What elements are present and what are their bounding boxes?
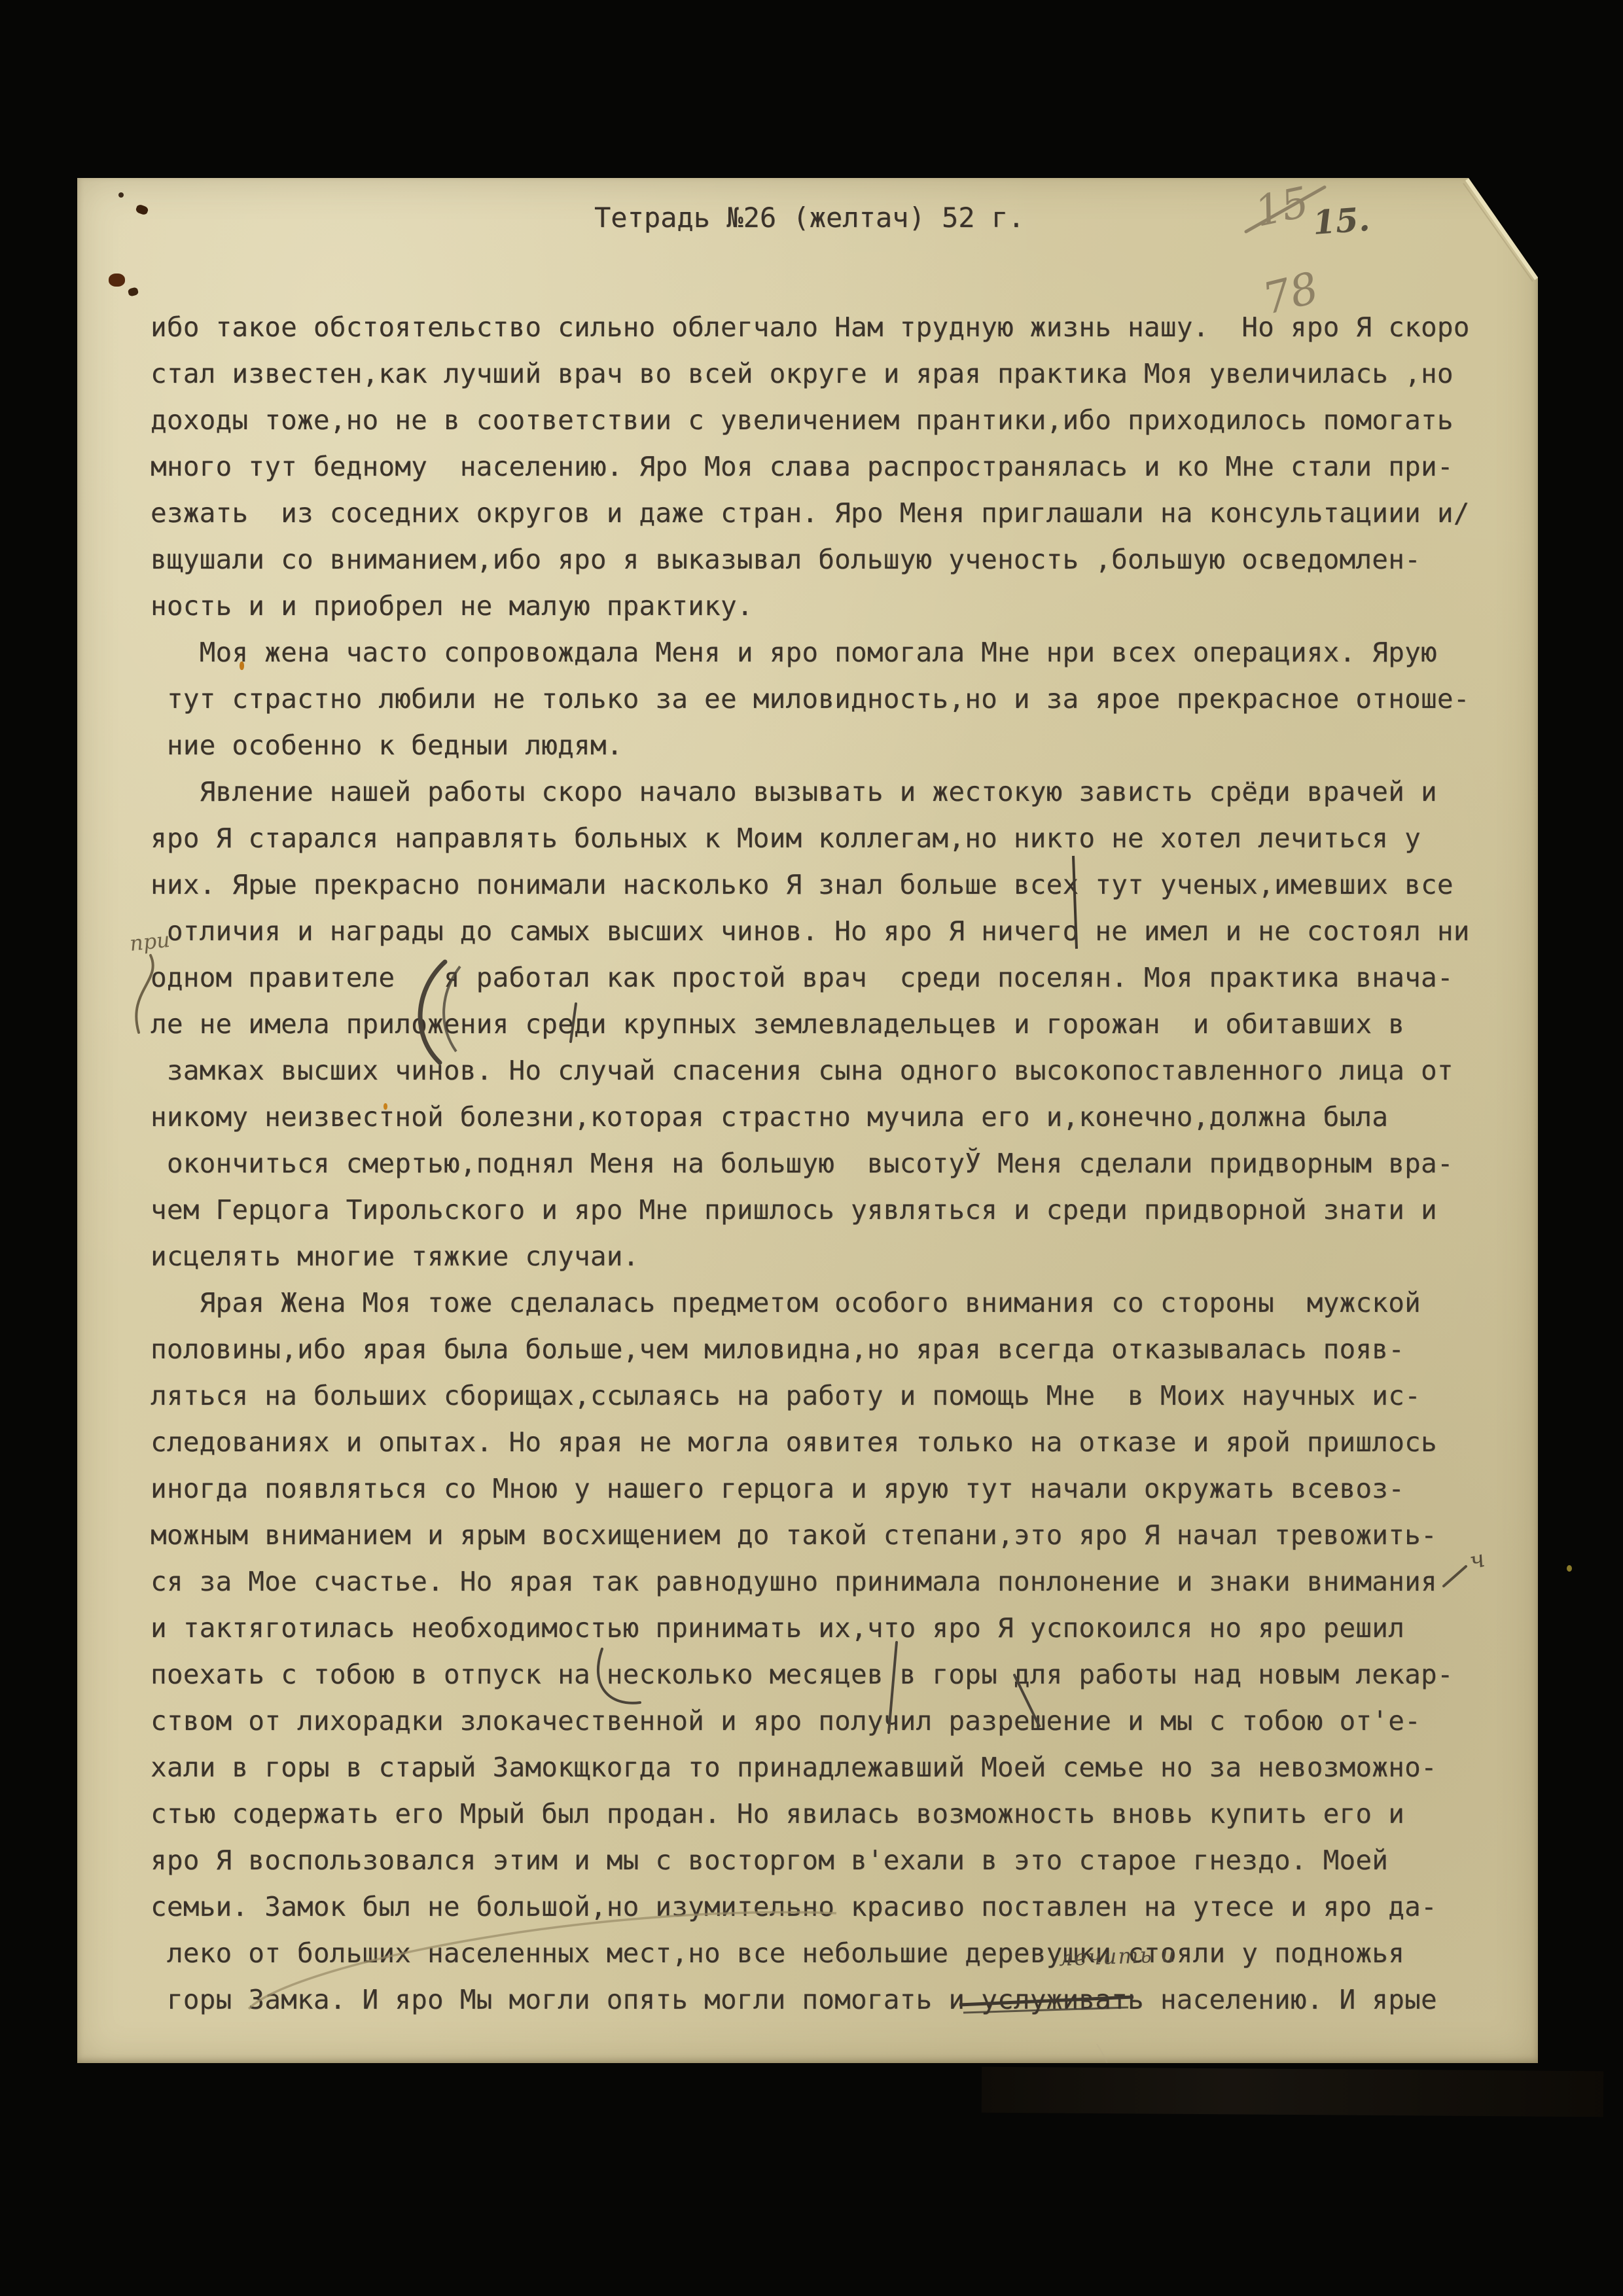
text-line: ние особенно к бедныи людям. — [151, 722, 1514, 769]
rust-stain — [128, 287, 139, 296]
text-line: вщушали со вниманием,ибо яро я выказывал… — [151, 537, 1514, 583]
text-line: чем Герцога Тирольского и яро Мне пришло… — [151, 1187, 1514, 1233]
text-line: отличия и награды до самых высших чинов.… — [151, 908, 1514, 955]
crossed-page-number: 15 — [1251, 178, 1313, 236]
text-line: и тактяготилась необходимостью принимать… — [151, 1605, 1514, 1651]
text-line: иногда появляться со Мною у нашего герцо… — [151, 1466, 1514, 1512]
underlying-page-edge — [982, 2067, 1603, 2117]
text-line: следованиях и опытах. Но ярая не могла о… — [151, 1419, 1514, 1466]
text-line: хали в горы в старый Замокщкогда то прин… — [151, 1744, 1514, 1791]
text-line: Моя жена часто сопровождала Меня и яро п… — [151, 629, 1514, 676]
text-line: Ярая Жена Моя тоже сделалась предметом о… — [151, 1280, 1514, 1326]
scan-background: Тетрадь №26 (желтач) 52 г. 15 15. 78 ибо… — [0, 0, 1623, 2296]
text-line: ляться на больших сборищах,ссылаясь на р… — [151, 1373, 1514, 1419]
text-line: Явление нашей работы скоро начало вызыва… — [151, 769, 1514, 815]
text-line: исцелять многие тяжкие случаи. — [151, 1233, 1514, 1280]
document-page: Тетрадь №26 (желтач) 52 г. 15 15. 78 ибо… — [77, 178, 1538, 2063]
text-line: горы Замка. И яро Мы могли опять могли п… — [151, 1977, 1514, 2023]
text-line: одном правителе я работал как простой вр… — [151, 955, 1514, 1001]
corner-cut-shadow — [1463, 183, 1533, 281]
page-title: Тетрадь №26 (желтач) 52 г. — [594, 202, 1024, 234]
text-line: половины,ибо ярая была больше,чем милови… — [151, 1326, 1514, 1373]
faint-scratch — [1097, 2044, 1113, 2063]
text-line: них. Ярые прекрасно понимали насколько Я… — [151, 862, 1514, 908]
text-line: доходы тоже,но не в соответствии с увели… — [151, 397, 1514, 444]
text-line: ся за Мое счастье. Но ярая так равнодушн… — [151, 1559, 1514, 1605]
text-line: ибо такое обстоятельство сильно облегчал… — [151, 304, 1514, 351]
orange-fleck — [240, 662, 244, 670]
ink-speck — [118, 192, 124, 198]
text-line: яро Я старался направлять больных к Моим… — [151, 815, 1514, 862]
handwritten-correction-word: лечить и — [1058, 1941, 1177, 1971]
text-line: ле не имела приложения среди крупных зем… — [151, 1001, 1514, 1048]
text-line: ством от лихорадки злокачественной и яро… — [151, 1698, 1514, 1744]
text-line: никому неизвестной болезни,которая страс… — [151, 1094, 1514, 1140]
text-line: поехать с тобою в отпуск на несколько ме… — [151, 1651, 1514, 1698]
text-line: езжать из соседних округов и даже стран.… — [151, 490, 1514, 537]
margin-handwritten-note: при — [128, 927, 171, 956]
text-line: окончиться смертью,поднял Меня на большу… — [151, 1140, 1514, 1187]
orange-fleck — [383, 1103, 387, 1110]
text-line: замках высших чинов. Но случай спасения … — [151, 1048, 1514, 1094]
text-line: ность и и приобрел не малую практику. — [151, 583, 1514, 629]
corner-cut-edge — [1467, 179, 1537, 279]
text-line: стью содержать его Мрый был продан. Но я… — [151, 1791, 1514, 1837]
text-line: тут страстно любили не только за ее мило… — [151, 676, 1514, 722]
text-line: леко от больших населенных мест,но все н… — [151, 1930, 1514, 1977]
text-line: можным вниманием и ярым восхищением до т… — [151, 1512, 1514, 1559]
text-line: яро Я воспользовался этим и мы с восторг… — [151, 1837, 1514, 1884]
page-number: 15. — [1311, 200, 1371, 242]
typed-text-block: ибо такое обстоятельство сильно облегчал… — [151, 304, 1514, 2023]
text-line: много тут бедному населению. Яро Моя сла… — [151, 444, 1514, 490]
text-line: семьи. Замок был не большой,но изумитель… — [151, 1884, 1514, 1930]
ink-speck — [135, 203, 149, 215]
debris-fleck — [1567, 1565, 1572, 1572]
rust-stain — [109, 274, 125, 287]
text-line: стал известен,как лучший врач во всей ок… — [151, 351, 1514, 397]
